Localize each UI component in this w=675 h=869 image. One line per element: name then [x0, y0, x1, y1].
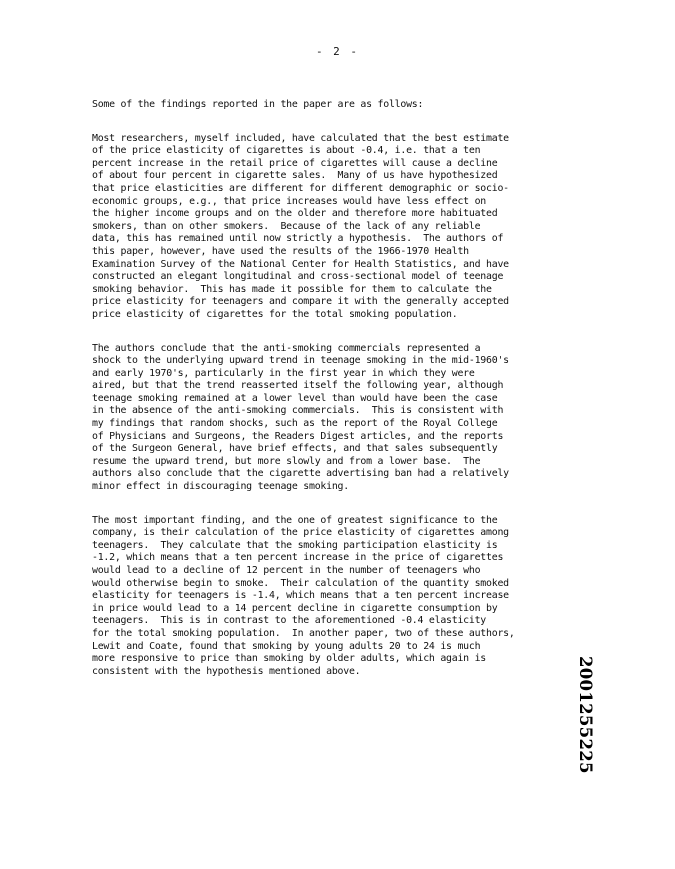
text-line: consistent with the hypothesis mentioned…	[92, 666, 582, 679]
page-number: - 2 -	[0, 45, 675, 58]
bates-number: 2001255225	[576, 656, 595, 774]
text-line: constructed an elegant longitudinal and …	[92, 271, 582, 284]
paragraph-anti-smoking-commercials: The authors conclude that the anti-smoki…	[92, 343, 592, 494]
text-line: my findings that random shocks, such as …	[92, 418, 582, 431]
text-line: The authors conclude that the anti-smoki…	[92, 343, 582, 356]
text-line: smokers, than on other smokers. Because …	[92, 221, 582, 234]
text-line: minor effect in discouraging teenage smo…	[92, 481, 582, 494]
text-line: smoking behavior. This has made it possi…	[92, 284, 582, 297]
text-line: -1.2, which means that a ten percent inc…	[92, 552, 582, 565]
text-line: of the Surgeon General, have brief effec…	[92, 443, 582, 456]
paragraph-teenage-elasticity: The most important finding, and the one …	[92, 515, 592, 679]
text-line: of the price elasticity of cigarettes is…	[92, 145, 582, 158]
text-line: company, is their calculation of the pri…	[92, 527, 582, 540]
paragraph-price-elasticity: Most researchers, myself included, have …	[92, 133, 592, 322]
text-line: in the absence of the anti-smoking comme…	[92, 405, 582, 418]
text-line: elasticity for teenagers is -1.4, which …	[92, 590, 582, 603]
text-line: Examination Survey of the National Cente…	[92, 259, 582, 272]
text-line: of about four percent in cigarette sales…	[92, 170, 582, 183]
text-line: for the total smoking population. In ano…	[92, 628, 582, 641]
text-line: the higher income groups and on the olde…	[92, 208, 582, 221]
text-line: price elasticity for teenagers and compa…	[92, 296, 582, 309]
text-line: price elasticity of cigarettes for the t…	[92, 309, 582, 322]
text-line: data, this has remained until now strict…	[92, 233, 582, 246]
bates-stamp: 2001255225	[575, 656, 595, 776]
text-line: more responsive to price than smoking by…	[92, 653, 582, 666]
text-line: resume the upward trend, but more slowly…	[92, 456, 582, 469]
text-line: teenage smoking remained at a lower leve…	[92, 393, 582, 406]
intro-line: Some of the findings reported in the pap…	[92, 99, 582, 112]
text-line: teenagers. They calculate that the smoki…	[92, 540, 582, 553]
text-line: shock to the underlying upward trend in …	[92, 355, 582, 368]
text-line: this paper, however, have used the resul…	[92, 246, 582, 259]
text-line: The most important finding, and the one …	[92, 515, 582, 528]
text-line: percent increase in the retail price of …	[92, 158, 582, 171]
intro-paragraph: Some of the findings reported in the pap…	[92, 99, 592, 112]
text-line: in price would lead to a 14 percent decl…	[92, 603, 582, 616]
text-line: and early 1970's, particularly in the fi…	[92, 368, 582, 381]
document-body: Some of the findings reported in the pap…	[92, 99, 592, 699]
text-line: authors also conclude that the cigarette…	[92, 468, 582, 481]
text-line: of Physicians and Surgeons, the Readers …	[92, 431, 582, 444]
text-line: would lead to a decline of 12 percent in…	[92, 565, 582, 578]
text-line: economic groups, e.g., that price increa…	[92, 196, 582, 209]
text-line: aired, but that the trend reasserted its…	[92, 380, 582, 393]
text-line: would otherwise begin to smoke. Their ca…	[92, 578, 582, 591]
text-line: that price elasticities are different fo…	[92, 183, 582, 196]
text-line: teenagers. This is in contrast to the af…	[92, 615, 582, 628]
text-line: Lewit and Coate, found that smoking by y…	[92, 641, 582, 654]
text-line: Most researchers, myself included, have …	[92, 133, 582, 146]
